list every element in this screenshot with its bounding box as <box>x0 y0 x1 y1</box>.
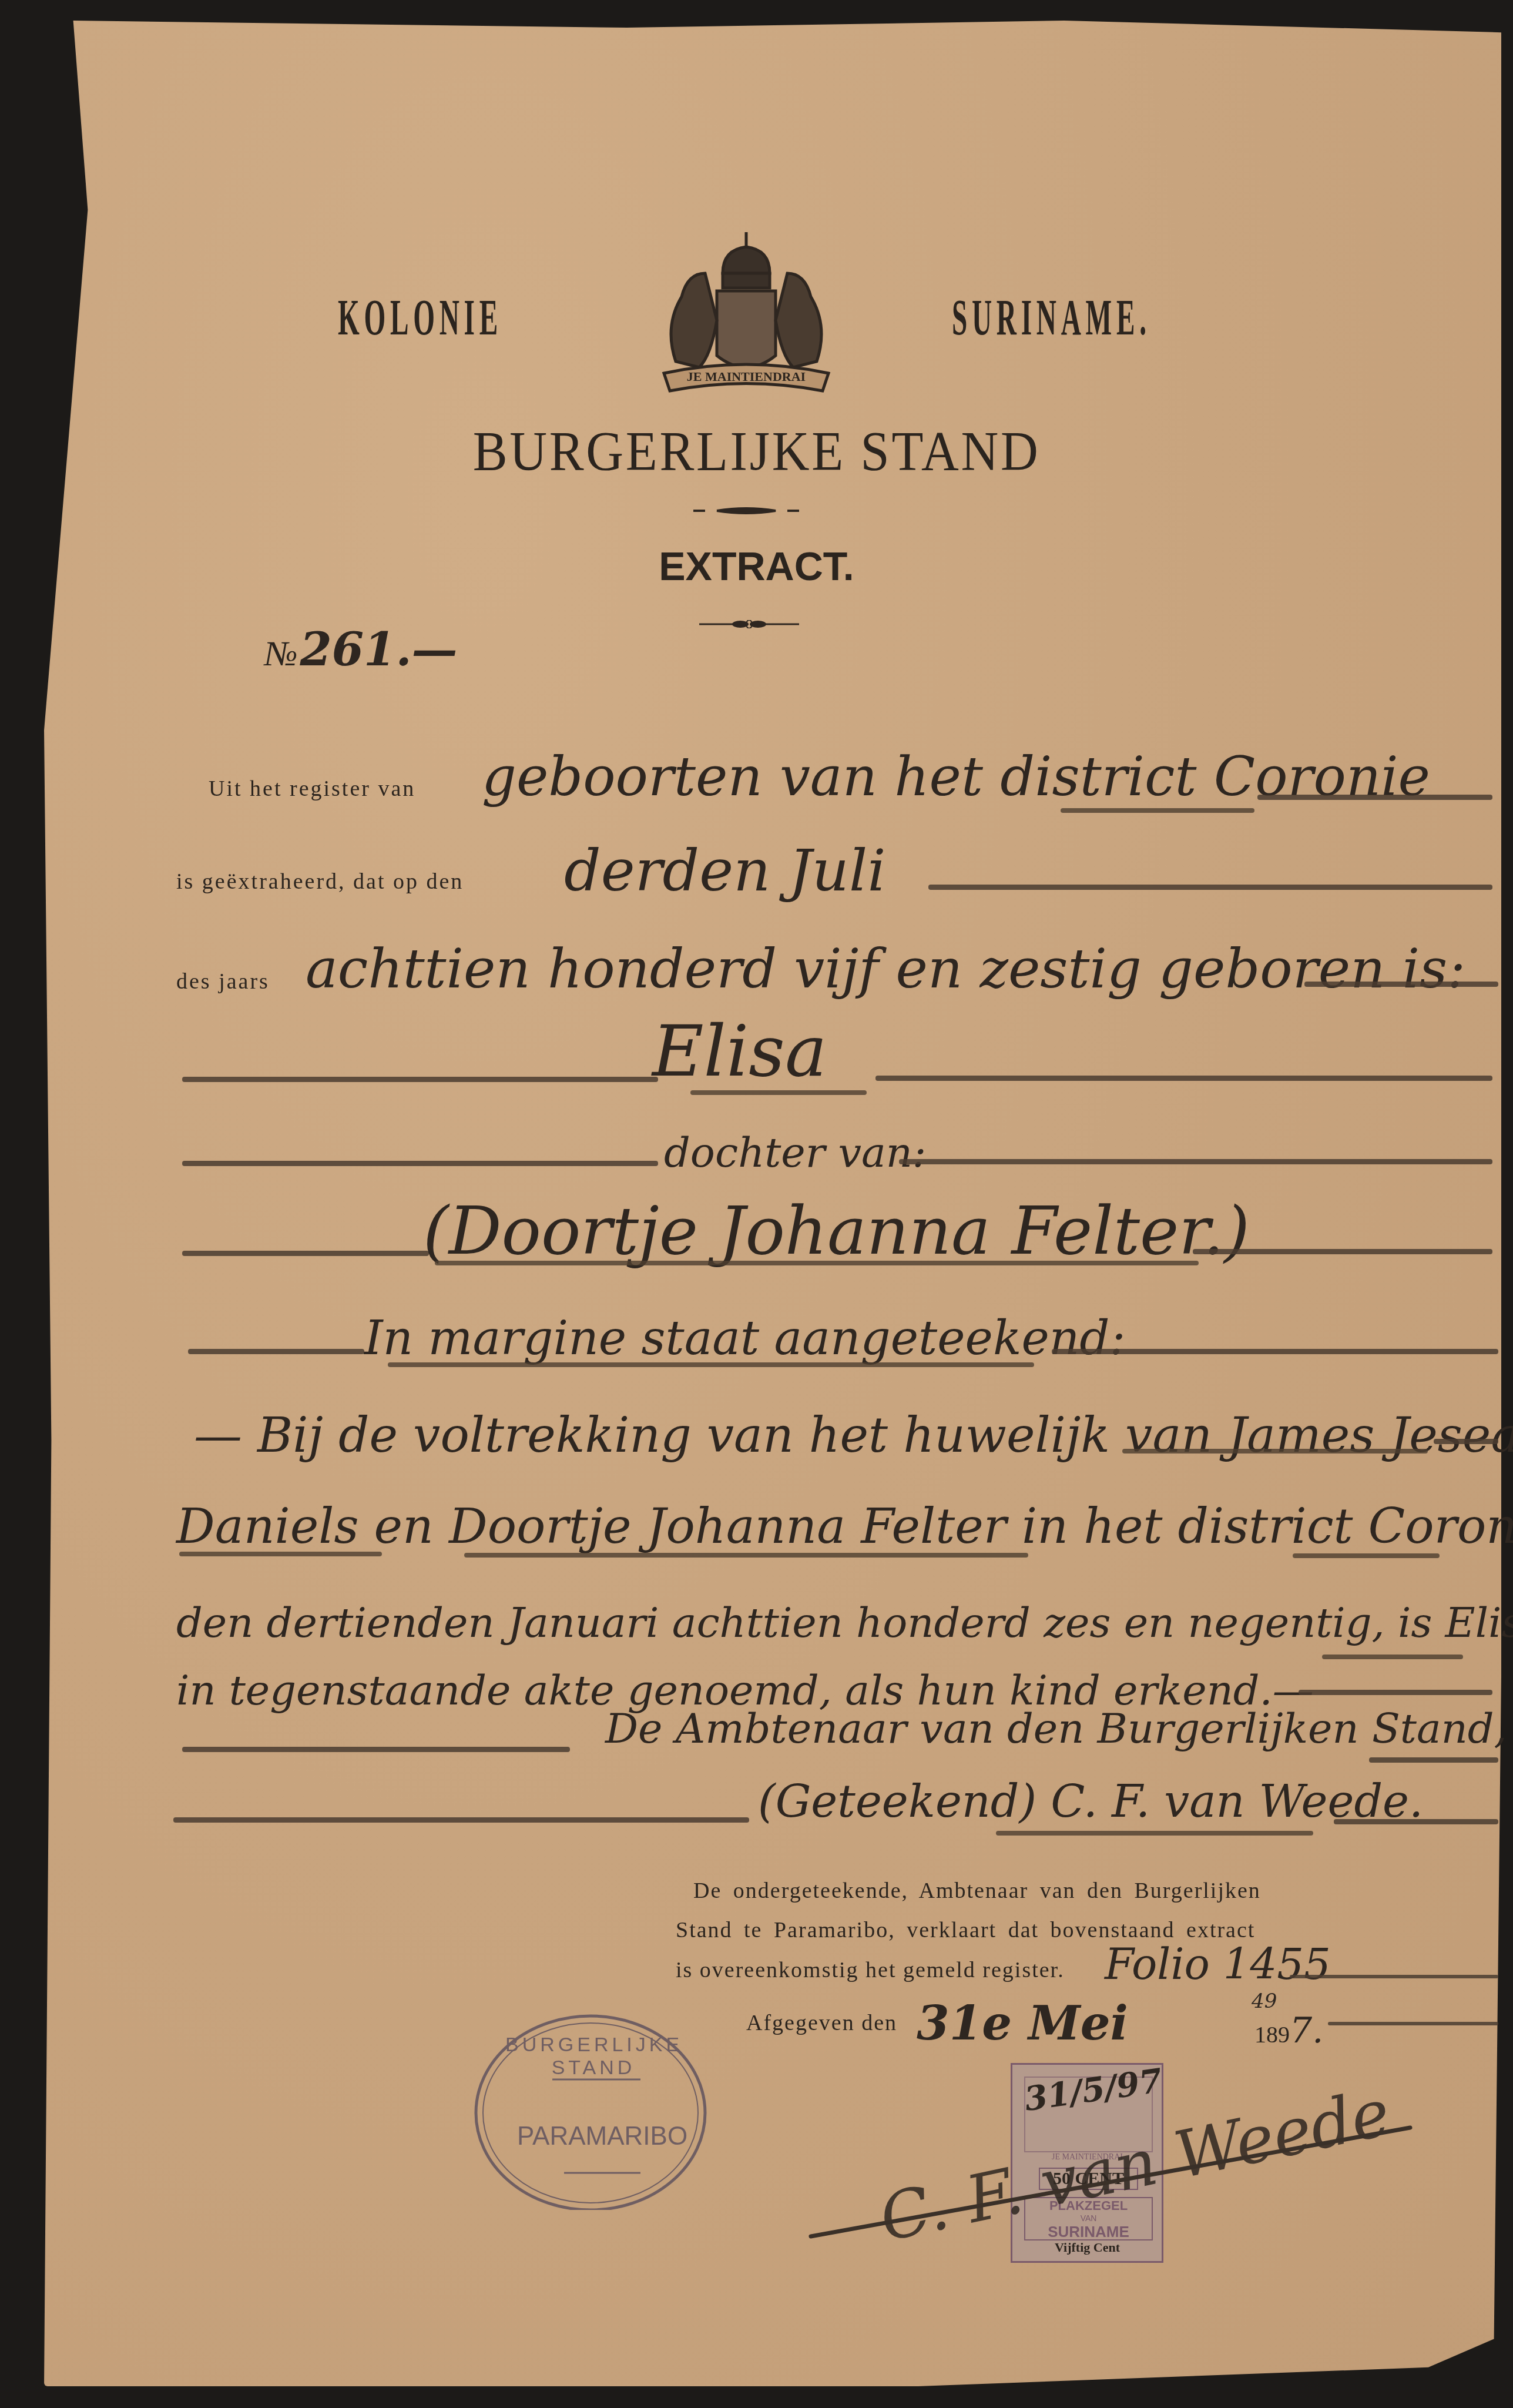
fill-line <box>182 1161 658 1166</box>
underline <box>1293 1553 1440 1558</box>
signature-flourish <box>805 2116 1422 2245</box>
official-seal: BURGERLIJKE STAND PARAMARIBO <box>470 2010 711 2210</box>
folio-number: Folio 1455 <box>1105 1940 1331 1989</box>
underline <box>179 1552 382 1556</box>
fill-line <box>1052 1349 1498 1354</box>
seal-top-text: BURGERLIJKE STAND <box>505 2034 682 2079</box>
issued-year: 1897. <box>1254 2010 1323 2051</box>
fill-line <box>1290 1975 1498 1978</box>
number-label: № <box>264 634 298 673</box>
margin-line-3: den dertienden Januari achttien honderd … <box>176 1599 1513 1647</box>
fill-line <box>182 1251 429 1256</box>
header-left-text: KOLONIE <box>338 288 637 347</box>
line2-printed: is geëxtraheerd, dat op den <box>176 869 464 895</box>
certification-line-1: De ondergeteekende, Ambtenaar van den Bu… <box>693 1878 1261 1904</box>
crest-motto: JE MAINTIENDRAI <box>682 369 811 384</box>
underline <box>388 1362 1034 1367</box>
underline <box>1322 1655 1463 1659</box>
seal-center-text: PARAMARIBO <box>517 2122 676 2151</box>
margin-line-2: Daniels en Doortje Johanna Felter in het… <box>176 1499 1513 1555</box>
underline <box>1122 1449 1428 1453</box>
certificate-number: № 261.— <box>264 623 458 676</box>
divider-ornament <box>693 507 799 513</box>
mother-name: (Doortje Johanna Felter.) <box>423 1193 1250 1270</box>
margin-line-1: — Bij de voltrekking van het huwelijk va… <box>194 1408 1513 1463</box>
issued-day: 31e Mei <box>917 1995 1128 2051</box>
underline <box>690 1090 867 1095</box>
fill-line <box>182 1747 570 1752</box>
child-name: Elisa <box>652 1011 827 1093</box>
line3-handwritten: achttien honderd vijf en zestig geboren … <box>306 937 1465 1000</box>
fill-line <box>928 885 1492 890</box>
underline <box>996 1831 1313 1836</box>
underline <box>435 1261 1199 1265</box>
document-title: BURGERLIJKE STAND <box>61 418 1452 484</box>
line3-printed: des jaars <box>176 969 270 994</box>
official-title: De Ambtenaar van den Burgerlijken Stand, <box>605 1704 1507 1753</box>
fill-line <box>1369 1757 1498 1763</box>
fill-line <box>1299 1690 1492 1695</box>
divider-ornament <box>699 620 799 628</box>
folio-sub-number: 49 <box>1252 1990 1277 2013</box>
certification-line-3: is overeenkomstig het gemeld register. <box>676 1957 1065 1983</box>
issued-label: Afgegeven den <box>746 2010 897 2036</box>
line1-printed: Uit het register van <box>209 776 415 802</box>
fill-line <box>188 1349 364 1354</box>
relation-text: dochter van: <box>664 1128 926 1177</box>
fill-line <box>1304 982 1498 987</box>
fill-line <box>875 1076 1492 1081</box>
line2-handwritten: derden Juli <box>564 838 886 905</box>
underline <box>1061 808 1254 813</box>
fill-line <box>1334 1819 1498 1824</box>
fill-line <box>1328 2022 1498 2025</box>
extract-title: EXTRACT. <box>0 544 1513 590</box>
fill-line <box>173 1817 749 1823</box>
number-value: 261.— <box>300 623 458 676</box>
header-right-text: SURINAME. <box>952 288 1314 347</box>
fill-line <box>1193 1249 1492 1254</box>
coat-of-arms-icon: JE MAINTIENDRAI <box>640 226 852 403</box>
fill-line <box>899 1159 1492 1164</box>
underline <box>464 1553 1028 1558</box>
margin-heading: In margine staat aangeteekend: <box>364 1311 1125 1365</box>
fill-line <box>1257 795 1492 800</box>
fill-line <box>1434 1439 1498 1444</box>
signed-by: (Geteekend) C. F. van Weede. <box>758 1775 1423 1827</box>
fill-line <box>182 1077 658 1082</box>
